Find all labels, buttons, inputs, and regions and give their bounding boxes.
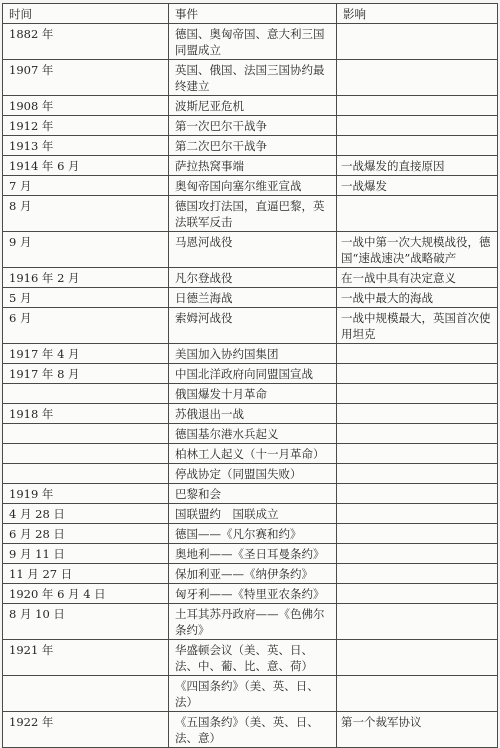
- impact-cell: [337, 676, 498, 712]
- impact-cell: 一战中最大的海战: [337, 288, 498, 308]
- time-cell: 9 月 11 日: [3, 544, 169, 564]
- impact-cell: [337, 344, 498, 364]
- impact-cell: [337, 444, 498, 464]
- time-cell: 1907 年: [3, 60, 169, 96]
- header-time: 时间: [3, 4, 169, 24]
- table-row: 9 月 11 日奥地利——《圣日耳曼条约》: [3, 544, 498, 564]
- impact-cell: [337, 484, 498, 504]
- impact-cell: [337, 604, 498, 640]
- table-row: 1920 年 6 月 4 日匈牙利——《特里亚农条约》: [3, 584, 498, 604]
- table-row: 1908 年波斯尼亚危机: [3, 96, 498, 116]
- event-cell: 中国北洋政府向同盟国宣战: [169, 364, 337, 384]
- event-cell: 德国基尔港水兵起义: [169, 424, 337, 444]
- table-row: 1912 年第一次巴尔干战争: [3, 116, 498, 136]
- time-cell: 9 月: [3, 232, 169, 268]
- table-row: 4 月 28 日国联盟约 国联成立: [3, 504, 498, 524]
- table-row: 1914 年 6 月萨拉热窝事端一战爆发的直接原因: [3, 156, 498, 176]
- event-cell: 美国加入协约国集团: [169, 344, 337, 364]
- event-cell: 索姆河战役: [169, 308, 337, 344]
- table-row: 1918 年苏俄退出一战: [3, 404, 498, 424]
- table-row: 1907 年英国、俄国、法国三国协约最终建立: [3, 60, 498, 96]
- time-cell: 1921 年: [3, 640, 169, 676]
- event-cell: 保加利亚——《纳伊条约》: [169, 564, 337, 584]
- time-cell: [3, 464, 169, 484]
- event-cell: 奥地利——《圣日耳曼条约》: [169, 544, 337, 564]
- event-cell: 英国、俄国、法国三国协约最终建立: [169, 60, 337, 96]
- impact-cell: 在一战中具有决定意义: [337, 268, 498, 288]
- time-cell: 6 月 28 日: [3, 524, 169, 544]
- table-row: 1921 年华盛顿会议（美、英、日、法、中、葡、比、意、荷）: [3, 640, 498, 676]
- event-cell: 日德兰海战: [169, 288, 337, 308]
- event-cell: 凡尔登战役: [169, 268, 337, 288]
- time-cell: [3, 384, 169, 404]
- event-cell: 国联盟约 国联成立: [169, 504, 337, 524]
- time-cell: 1918 年: [3, 404, 169, 424]
- impact-cell: [337, 116, 498, 136]
- time-cell: 4 月 28 日: [3, 504, 169, 524]
- table-row: 《四国条约》（美、英、日、法）: [3, 676, 498, 712]
- header-impact: 影响: [337, 4, 498, 24]
- event-cell: 匈牙利——《特里亚农条约》: [169, 584, 337, 604]
- time-cell: 1917 年 4 月: [3, 344, 169, 364]
- impact-cell: [337, 96, 498, 116]
- event-cell: 《四国条约》（美、英、日、法）: [169, 676, 337, 712]
- event-cell: 俄国爆发十月革命: [169, 384, 337, 404]
- time-cell: 1908 年: [3, 96, 169, 116]
- impact-cell: [337, 424, 498, 444]
- time-cell: 1920 年 6 月 4 日: [3, 584, 169, 604]
- table-row: 1916 年 2 月凡尔登战役在一战中具有决定意义: [3, 268, 498, 288]
- event-cell: 马恩河战役: [169, 232, 337, 268]
- event-cell: 德国——《凡尔赛和约》: [169, 524, 337, 544]
- time-cell: 1917 年 8 月: [3, 364, 169, 384]
- time-cell: 1882 年: [3, 24, 169, 60]
- table-row: 1917 年 8 月中国北洋政府向同盟国宣战: [3, 364, 498, 384]
- table-row: 6 月 28 日德国——《凡尔赛和约》: [3, 524, 498, 544]
- event-cell: 巴黎和会: [169, 484, 337, 504]
- impact-cell: 一战爆发: [337, 176, 498, 196]
- time-cell: 1916 年 2 月: [3, 268, 169, 288]
- time-cell: 8 月 10 日: [3, 604, 169, 640]
- time-cell: 1914 年 6 月: [3, 156, 169, 176]
- time-cell: 5 月: [3, 288, 169, 308]
- table-row: 5 月日德兰海战一战中最大的海战: [3, 288, 498, 308]
- header-event: 事件: [169, 4, 337, 24]
- impact-cell: [337, 24, 498, 60]
- impact-cell: 一战中第一次大规模战役，德国“速战速决”战略破产: [337, 232, 498, 268]
- table-row: 9 月马恩河战役一战中第一次大规模战役，德国“速战速决”战略破产: [3, 232, 498, 268]
- table-row: 1882 年德国、奥匈帝国、意大利三国同盟成立: [3, 24, 498, 60]
- table-row: 俄国爆发十月革命: [3, 384, 498, 404]
- table-row: 7 月奥匈帝国向塞尔维亚宣战一战爆发: [3, 176, 498, 196]
- impact-cell: [337, 60, 498, 96]
- table-row: 1913 年第二次巴尔干战争: [3, 136, 498, 156]
- impact-cell: [337, 640, 498, 676]
- impact-cell: [337, 404, 498, 424]
- table-row: 1917 年 4 月美国加入协约国集团: [3, 344, 498, 364]
- event-cell: 柏林工人起义（十一月革命）: [169, 444, 337, 464]
- time-cell: 1913 年: [3, 136, 169, 156]
- table-row: 1922 年《五国条约》（美、英、日、法、意）第一个裁军协议: [3, 712, 498, 725]
- impact-cell: [337, 544, 498, 564]
- event-cell: 德国、奥匈帝国、意大利三国同盟成立: [169, 24, 337, 60]
- impact-cell: [337, 464, 498, 484]
- time-cell: 7 月: [3, 176, 169, 196]
- event-cell: 德国攻打法国，直逼巴黎，英法联军反击: [169, 196, 337, 232]
- table-row: 停战协定（同盟国失败）: [3, 464, 498, 484]
- scanned-document-page: 时间 事件 影响 1882 年德国、奥匈帝国、意大利三国同盟成立1907 年英国…: [2, 3, 498, 724]
- time-cell: 1919 年: [3, 484, 169, 504]
- time-cell: 1912 年: [3, 116, 169, 136]
- table-row: 柏林工人起义（十一月革命）: [3, 444, 498, 464]
- event-cell: 第二次巴尔干战争: [169, 136, 337, 156]
- impact-cell: [337, 136, 498, 156]
- time-cell: 8 月: [3, 196, 169, 232]
- table-row: 6 月索姆河战役一战中规模最大，英国首次使用坦克: [3, 308, 498, 344]
- impact-cell: 一战爆发的直接原因: [337, 156, 498, 176]
- event-cell: 停战协定（同盟国失败）: [169, 464, 337, 484]
- impact-cell: [337, 524, 498, 544]
- table-row: 德国基尔港水兵起义: [3, 424, 498, 444]
- impact-cell: 一战中规模最大，英国首次使用坦克: [337, 308, 498, 344]
- table-row: 8 月德国攻打法国，直逼巴黎，英法联军反击: [3, 196, 498, 232]
- time-cell: 6 月: [3, 308, 169, 344]
- event-cell: 波斯尼亚危机: [169, 96, 337, 116]
- table-row: 8 月 10 日土耳其苏丹政府——《色佛尔条约》: [3, 604, 498, 640]
- event-cell: 奥匈帝国向塞尔维亚宣战: [169, 176, 337, 196]
- event-cell: 第一次巴尔干战争: [169, 116, 337, 136]
- event-cell: 《五国条约》（美、英、日、法、意）: [169, 712, 337, 725]
- header-row: 时间 事件 影响: [3, 4, 498, 24]
- event-cell: 萨拉热窝事端: [169, 156, 337, 176]
- impact-cell: [337, 564, 498, 584]
- time-cell: [3, 444, 169, 464]
- impact-cell: 第一个裁军协议: [337, 712, 498, 725]
- table-body: 1882 年德国、奥匈帝国、意大利三国同盟成立1907 年英国、俄国、法国三国协…: [3, 24, 498, 725]
- table-row: 1919 年巴黎和会: [3, 484, 498, 504]
- impact-cell: [337, 364, 498, 384]
- time-cell: [3, 676, 169, 712]
- time-cell: 11 月 27 日: [3, 564, 169, 584]
- impact-cell: [337, 196, 498, 232]
- event-cell: 华盛顿会议（美、英、日、法、中、葡、比、意、荷）: [169, 640, 337, 676]
- time-cell: 1922 年: [3, 712, 169, 725]
- time-cell: [3, 424, 169, 444]
- impact-cell: [337, 384, 498, 404]
- event-cell: 苏俄退出一战: [169, 404, 337, 424]
- impact-cell: [337, 584, 498, 604]
- table-row: 11 月 27 日保加利亚——《纳伊条约》: [3, 564, 498, 584]
- event-cell: 土耳其苏丹政府——《色佛尔条约》: [169, 604, 337, 640]
- ww1-timeline-table: 时间 事件 影响 1882 年德国、奥匈帝国、意大利三国同盟成立1907 年英国…: [2, 3, 498, 724]
- impact-cell: [337, 504, 498, 524]
